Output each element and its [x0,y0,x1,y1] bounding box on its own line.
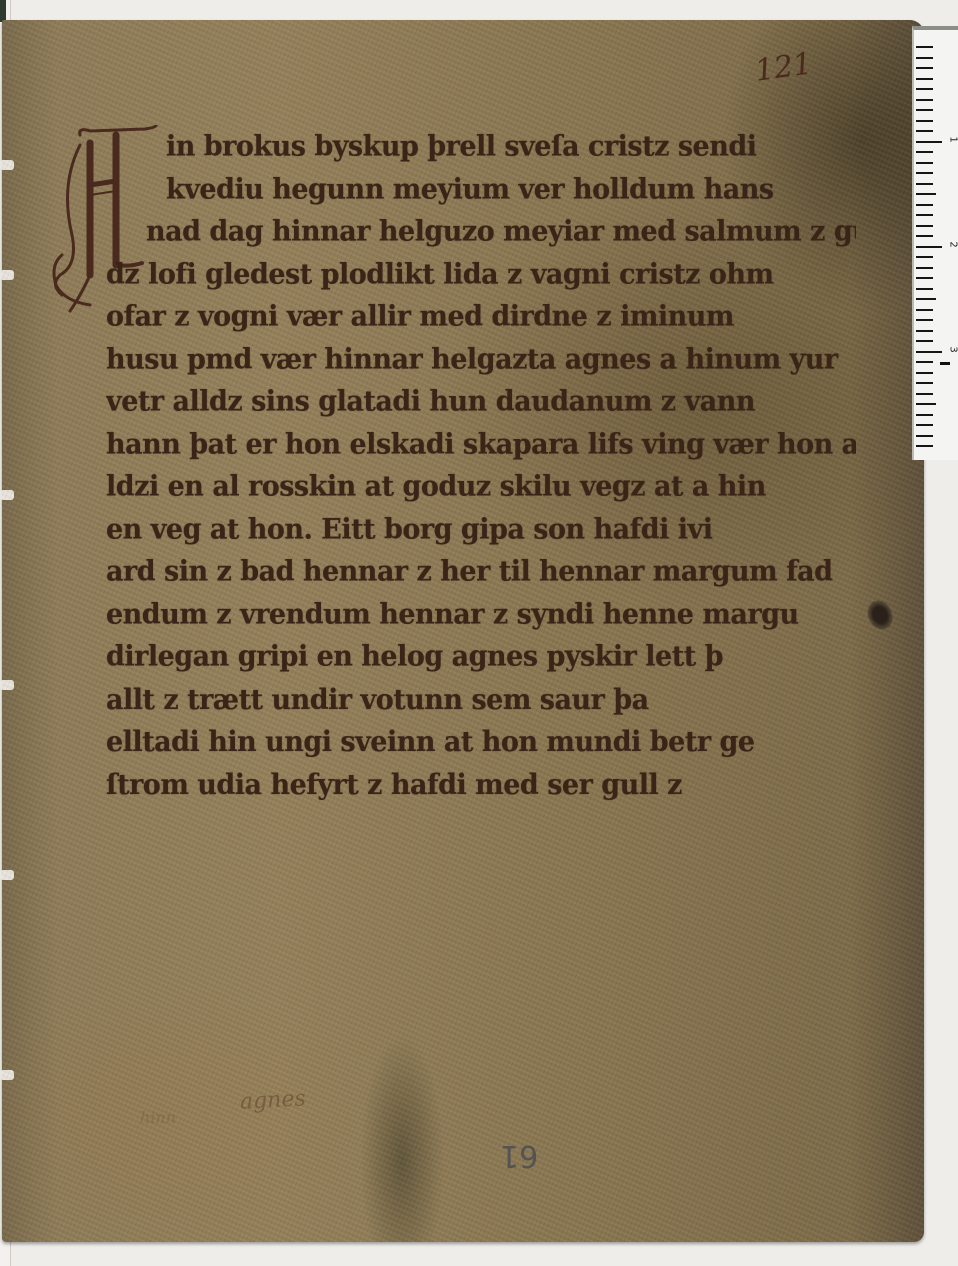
binding-hole [0,160,14,170]
marginal-note: agnes [239,1086,306,1114]
scale-ruler: 1 2 3 [912,26,958,460]
ruler-tick [916,372,933,374]
text-line: ard sin z bad hennar z her til hennar ma… [106,551,856,594]
ruler-tick [916,393,933,395]
text-line: dirlegan gripi en helog agnes pyskir let… [106,636,856,679]
ruler-tick [916,403,936,405]
ruler-tick [916,340,933,342]
ruler-tick [916,414,933,416]
ruler-tick [916,235,933,237]
ruler-tick [916,172,933,174]
ruler-tick [916,319,933,321]
ruler-tick [916,141,942,143]
ruler-tick [916,330,933,332]
ruler-tick [916,351,942,353]
text-line: endum z vrendum hennar z syndi henne mar… [106,594,856,637]
ruler-tick [916,78,933,80]
ruler-tick [916,99,933,101]
ruler-tick [916,193,936,195]
ruler-tick [916,277,933,279]
shelfmark-number: 61 [500,1138,538,1173]
scan-corner-mark [0,0,6,22]
ruler-tick [916,151,933,153]
ruler-tick [916,109,933,111]
binding-hole [0,490,14,500]
ruler-tick [916,445,933,447]
ruler-tick [916,204,933,206]
text-line: ofar z vogni vær allir med dirdne z imin… [106,296,856,339]
ruler-tick [916,67,933,69]
binding-hole [0,270,14,280]
text-line: in brokus byskup þrell sveſa cristz send… [106,126,856,169]
text-line: hann þat er hon elskadi skapara lifs vin… [106,424,856,467]
text-line: husu pmd vær hinnar helgazta agnes a hin… [106,339,856,382]
text-line: allt z trætt undir votunn sem saur þa [106,679,856,722]
ruler-mark [940,362,950,365]
ruler-tick [916,288,933,290]
text-line: elltadi hin ungi sveinn at hon mundi bet… [106,721,856,764]
ruler-tick [916,435,933,437]
ruler-tick [916,130,933,132]
binding-hole [0,680,14,690]
ruler-tick [916,298,936,300]
ruler-label: 2 [948,241,958,247]
ruler-tick [916,120,933,122]
ruler-tick [916,183,933,185]
text-line: nad dag hinnar helguzo meyiar med salmum… [106,211,856,254]
ruler-tick [916,88,933,90]
text-line: vetr alldz sins glatadi hun daudanum z v… [106,381,856,424]
ruler-tick [916,309,933,311]
ruler-tick [916,246,942,248]
ruler-tick [916,256,933,258]
ruler-tick [916,214,933,216]
text-line: ldzi en al rosskin at goduz skilu vegz a… [106,466,856,509]
ruler-tick [916,57,933,59]
ruler-tick [916,382,933,384]
text-line: en veg at hon. Eitt borg gipa son hafdi … [106,509,856,552]
ruler-tick [916,424,933,426]
manuscript-text: in brokus byskup þrell sveſa cristz send… [106,126,856,806]
ruler-tick [916,162,933,164]
ruler-label: 3 [948,346,958,352]
text-line: ſtrom udia hefyrt z hafdi med ser gull z [106,764,856,807]
text-line: dz lofi gledest plodlikt lida z vagni cr… [106,254,856,297]
ruler-tick [916,267,933,269]
ruler-label: 1 [948,136,958,142]
ruler-tick [916,225,933,227]
marginal-faint-note: hinn [140,1108,176,1127]
ruler-tick [916,46,933,48]
binding-hole [0,870,14,880]
binding-hole [0,1070,14,1080]
ruler-tick [916,361,933,363]
text-line: kvediu hegunn meyium ver holldum hans [106,169,856,212]
